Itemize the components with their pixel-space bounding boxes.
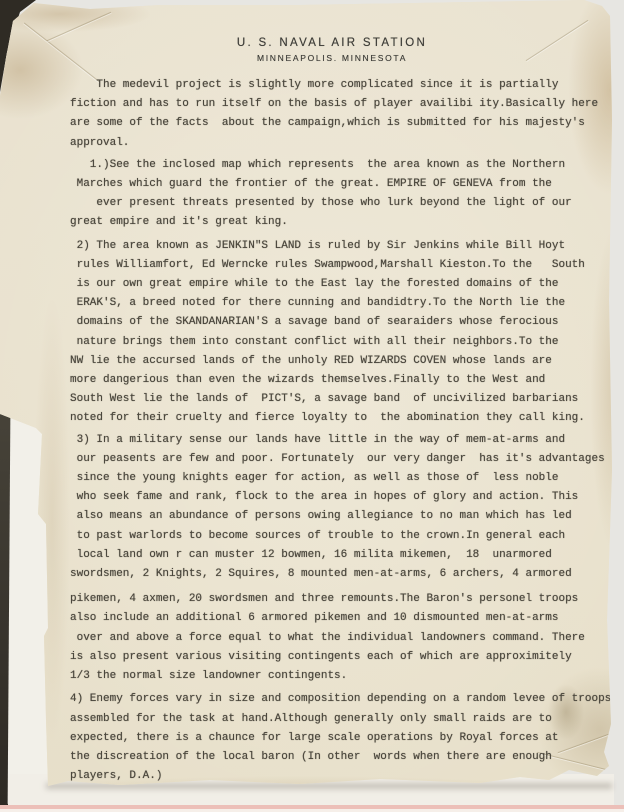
typewritten-line: local land own r can muster 12 bowmen, 1… — [70, 546, 624, 565]
letterhead-city-state: MINNEAPOLIS. MINNESOTA — [40, 53, 624, 63]
typewritten-line: Marches which guard the frontier of the … — [70, 175, 624, 194]
typewritten-line: domains of the SKANDANARIAN'S a savage b… — [70, 313, 624, 332]
typewritten-line: are some of the facts about the campaign… — [70, 114, 624, 133]
letter-paper: U. S. NAVAL AIR STATION MINNEAPOLIS. MIN… — [0, 0, 624, 812]
typewritten-line: great empire and it's great king. — [70, 213, 624, 232]
typewritten-line: to past warlords to become sources of tr… — [70, 527, 624, 546]
typewritten-line: swordsmen, 2 Knights, 2 Squires, 8 mount… — [70, 565, 624, 584]
typewritten-line: fiction and has to run itself on the bas… — [70, 95, 624, 114]
typewritten-line: 4) Enemy forces vary in size and composi… — [70, 690, 624, 709]
point-4-paragraph: 4) Enemy forces vary in size and composi… — [70, 690, 624, 786]
typewritten-line: pikemen, 4 axmen, 20 swordsmen and three… — [70, 590, 624, 609]
typewritten-line: 2) The area known as JENKIN"S LAND is ru… — [70, 237, 624, 256]
typewritten-line: approval. — [70, 134, 624, 153]
typewritten-line: expected, there is a chaunce for large s… — [70, 729, 624, 748]
typewritten-line: our peasents are few and poor. Fortunate… — [70, 450, 624, 469]
typewritten-line: noted for their cruelty and fierce loyal… — [70, 409, 624, 428]
typewritten-line: over and above a force equal to what the… — [70, 629, 624, 648]
point-1-paragraph: 1.)See the inclosed map which represents… — [70, 156, 624, 233]
typewritten-line: ERAK'S, a breed noted for there cunning … — [70, 294, 624, 313]
point-2-paragraph: 2) The area known as JENKIN"S LAND is ru… — [70, 237, 624, 429]
typewritten-body: The medevil project is slightly more com… — [70, 76, 624, 786]
typewritten-line: is our own great empire while to the Eas… — [70, 275, 624, 294]
scanned-document: U. S. NAVAL AIR STATION MINNEAPOLIS. MIN… — [0, 0, 624, 812]
typewritten-line: 1.)See the inclosed map which represents… — [70, 156, 624, 175]
typewritten-line: also means an abundance of persons owing… — [70, 507, 624, 526]
typewritten-line: who seek fame and rank, flock to the are… — [70, 488, 624, 507]
typewritten-line: The medevil project is slightly more com… — [70, 76, 624, 95]
typewritten-line: ever present threats presented by those … — [70, 194, 624, 213]
typewritten-line: 1/3 the normal size landowner contingent… — [70, 667, 624, 686]
point-3-paragraph-upper: 3) In a military sense our lands have li… — [70, 431, 624, 585]
typewritten-line: rules Williamfort, Ed Werncke rules Swam… — [70, 256, 624, 275]
typewritten-line: nature brings them into constant conflic… — [70, 333, 624, 352]
typewritten-line: NW lie the accursed lands of the unholy … — [70, 352, 624, 371]
intro-paragraph: The medevil project is slightly more com… — [70, 76, 624, 153]
typewritten-line: since the young knights eager for action… — [70, 469, 624, 488]
letterhead-station-name: U. S. NAVAL AIR STATION — [40, 37, 624, 49]
point-3-paragraph-lower: pikemen, 4 axmen, 20 swordsmen and three… — [70, 590, 624, 686]
typewritten-line: is also present various visiting conting… — [70, 648, 624, 667]
typewritten-line: also include an additional 6 armored pik… — [70, 609, 624, 628]
typewritten-line: South West lie the lands of PICT'S, a sa… — [70, 390, 624, 409]
typewritten-line: assembled for the task at hand.Although … — [70, 710, 624, 729]
typewritten-line: 3) In a military sense our lands have li… — [70, 431, 624, 450]
typewritten-line: more dangerious than even the wizards th… — [70, 371, 624, 390]
typewritten-line: the discreation of the local baron (In o… — [70, 748, 624, 767]
letterhead: U. S. NAVAL AIR STATION MINNEAPOLIS. MIN… — [40, 37, 624, 63]
